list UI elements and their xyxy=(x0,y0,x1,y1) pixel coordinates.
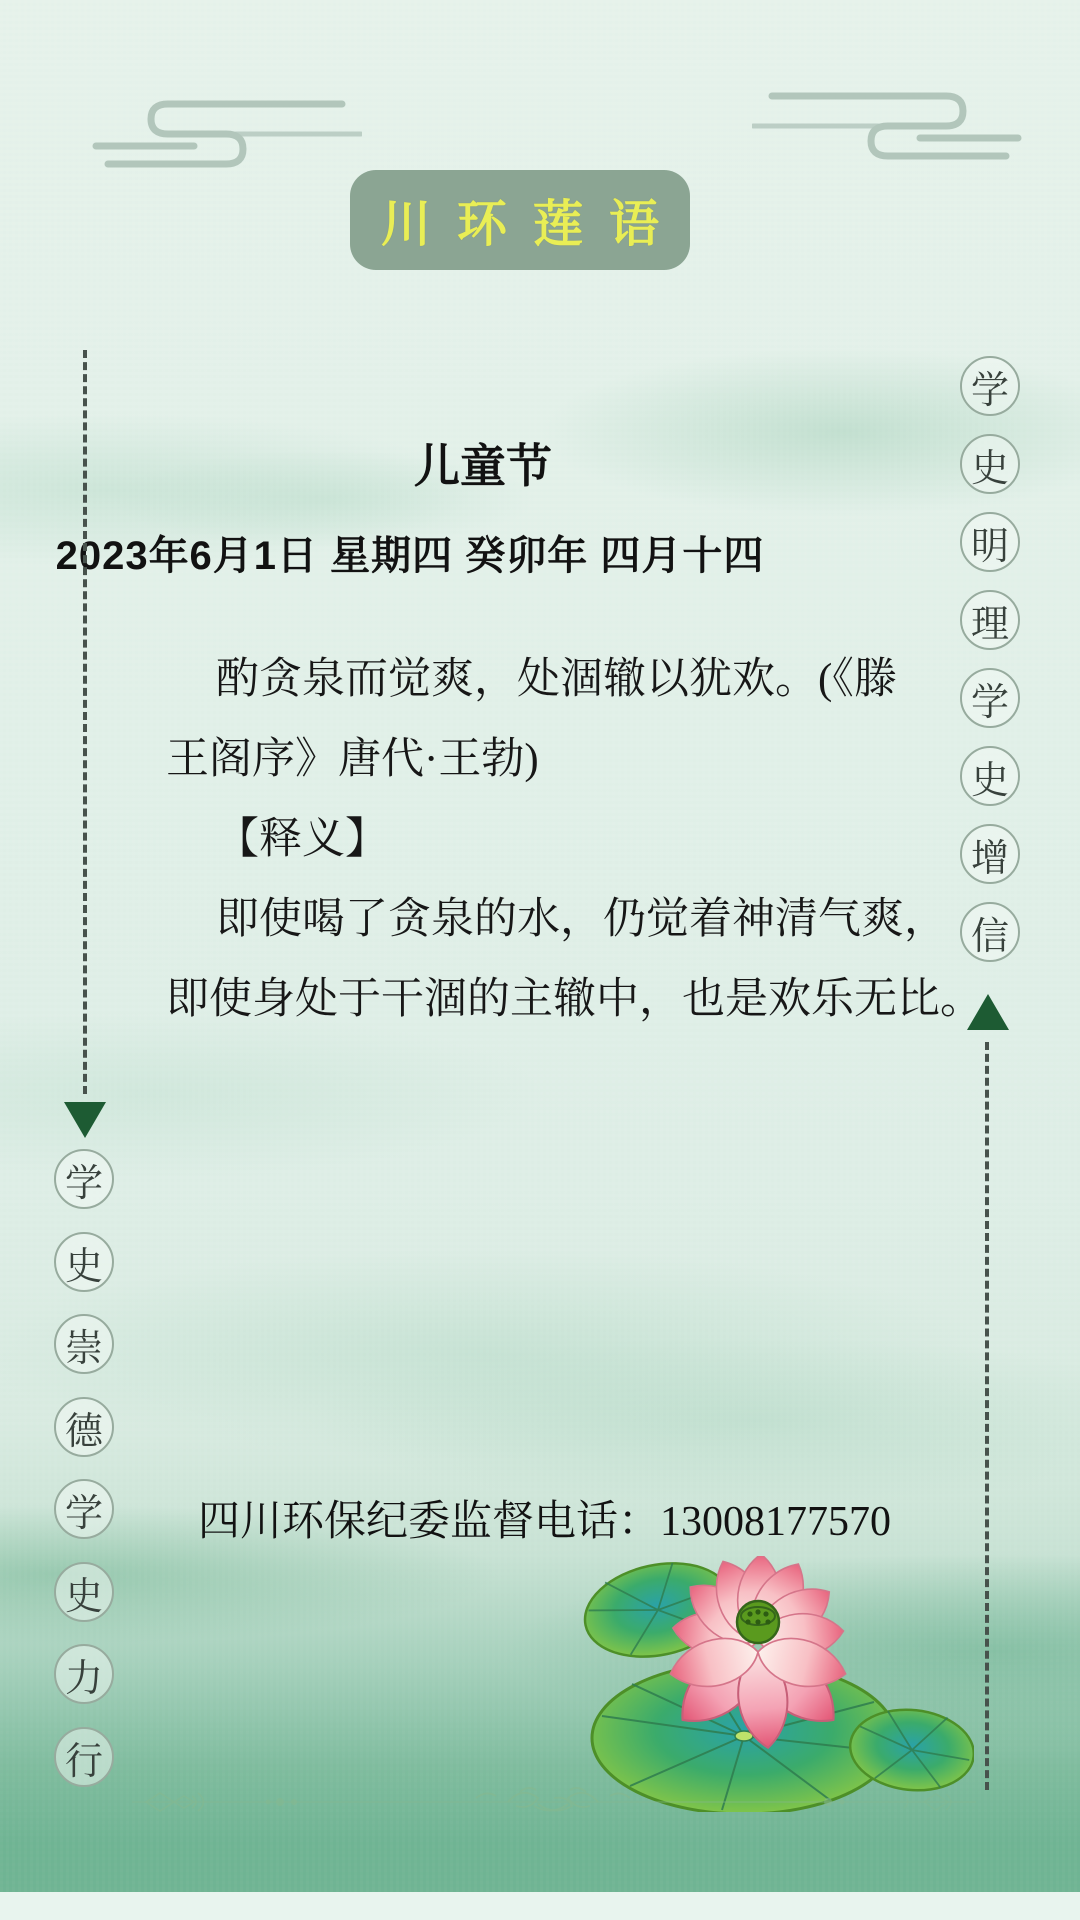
rail-char-label: 学 xyxy=(65,1482,103,1537)
date-line: 2023年6月1日 星期四 癸卯年 四月十四 xyxy=(0,524,820,581)
floral-divider-icon xyxy=(128,1780,980,1829)
quote-line: 即使喝了贪泉的水，仍觉着神清气爽， xyxy=(166,880,878,960)
rail-char-label: 增 xyxy=(971,827,1009,882)
cloud-ornament-icon xyxy=(752,86,1028,160)
lotus-flower-icon xyxy=(562,1556,974,1817)
poster-canvas: 川环莲语 儿童节 2023年6月1日 星期四 癸卯年 四月十四 酌贪泉而觉爽，处… xyxy=(0,0,1080,1920)
quote-block: 酌贪泉而觉爽，处涸辙以犹欢。(《滕 王阁序》唐代·王勃) 【释义】 即使喝了贪泉… xyxy=(166,640,878,1040)
left-rail-char: 史 xyxy=(54,1232,114,1292)
right-rail-char: 增 xyxy=(960,824,1020,884)
quote-line: 【释义】 xyxy=(166,800,878,880)
left-rail-char: 学 xyxy=(54,1479,114,1539)
rail-char-label: 崇 xyxy=(65,1317,103,1372)
cloud-ornament-icon xyxy=(86,94,362,168)
rail-char-label: 力 xyxy=(65,1647,103,1702)
up-arrow-icon xyxy=(967,994,1009,1030)
rail-char-label: 学 xyxy=(971,671,1009,726)
right-rail-char: 学 xyxy=(960,356,1020,416)
left-rail-char: 崇 xyxy=(54,1314,114,1374)
festival-title: 儿童节 xyxy=(0,430,966,496)
rail-char-label: 明 xyxy=(971,515,1009,570)
rail-char-label: 德 xyxy=(65,1400,103,1455)
supervision-phone-line: 四川环保纪委监督电话：13008177570 xyxy=(198,1488,958,1548)
quote-line: 王阁序》唐代·王勃) xyxy=(166,720,878,800)
right-rail-char: 史 xyxy=(960,746,1020,806)
quote-line: 即使身处于干涸的主辙中，也是欢乐无比。 xyxy=(166,960,878,1040)
rail-char-label: 史 xyxy=(65,1235,103,1290)
down-arrow-icon xyxy=(64,1102,106,1138)
rail-char-label: 理 xyxy=(971,593,1009,648)
left-rail-char: 德 xyxy=(54,1397,114,1457)
right-rail-char: 理 xyxy=(960,590,1020,650)
dashed-line xyxy=(83,350,87,1094)
rail-char-label: 史 xyxy=(971,437,1009,492)
quote-line: 酌贪泉而觉爽，处涸辙以犹欢。(《滕 xyxy=(166,640,878,720)
rail-char-label: 学 xyxy=(971,359,1009,414)
right-rail-char: 明 xyxy=(960,512,1020,572)
rail-char-label: 行 xyxy=(65,1730,103,1785)
right-rail-char: 信 xyxy=(960,902,1020,962)
rail-char-label: 史 xyxy=(65,1565,103,1620)
left-rail-char: 学 xyxy=(54,1149,114,1209)
left-rail-char: 行 xyxy=(54,1727,114,1787)
left-rail-char: 力 xyxy=(54,1644,114,1704)
bottom-margin-strip xyxy=(0,1892,1080,1920)
right-rail-char: 学 xyxy=(960,668,1020,728)
title-banner: 川环莲语 xyxy=(350,170,690,270)
right-rail-char: 史 xyxy=(960,434,1020,494)
dashed-line xyxy=(985,1042,989,1790)
rail-char-label: 学 xyxy=(65,1152,103,1207)
banner-title: 川环莲语 xyxy=(355,184,685,256)
left-rail-char: 史 xyxy=(54,1562,114,1622)
rail-char-label: 信 xyxy=(971,905,1009,960)
rail-char-label: 史 xyxy=(971,749,1009,804)
